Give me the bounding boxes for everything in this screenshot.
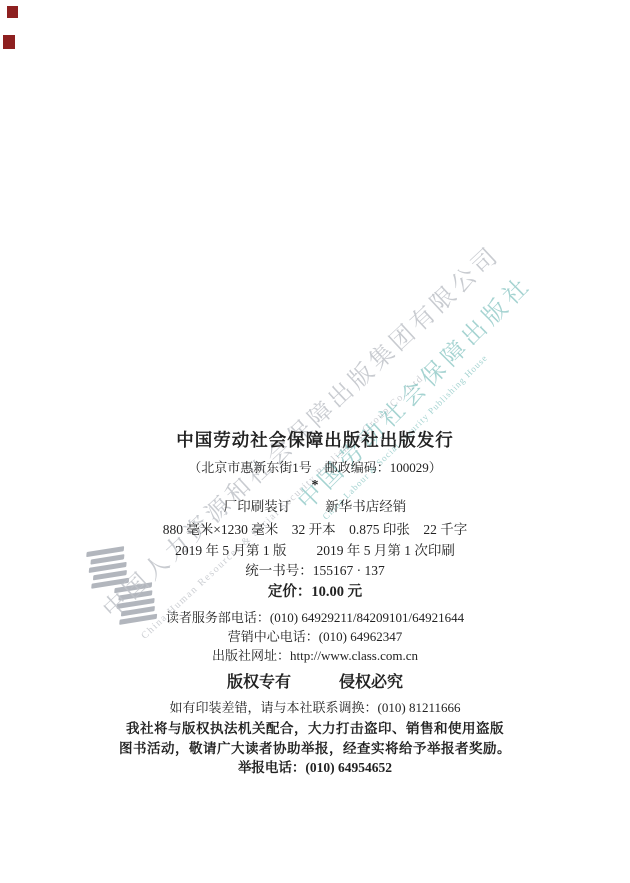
publisher-line: 中国劳动社会保障出版社出版发行 <box>0 432 630 450</box>
printing-text: 2019 年 5 月第 1 次印刷 <box>317 543 455 558</box>
printer-binding-text: 厂印刷装订 <box>224 499 292 514</box>
copyright-notice: 版权专有侵权必究 <box>0 675 630 691</box>
price-line: 定价：10.00 元 <box>0 585 630 600</box>
edition-text: 2019 年 5 月第 1 版 <box>175 543 286 558</box>
website-line: 出版社网址：http://www.class.com.cn <box>0 649 630 662</box>
infringement-text: 侵权必究 <box>339 674 403 691</box>
copyright-page: 中国人力资源和社会保障出版集团有限公司 China Human Resource… <box>0 0 630 883</box>
copyright-reserved-text: 版权专有 <box>227 674 291 691</box>
separator-mark: * <box>0 479 630 493</box>
printer-line: 厂印刷装订新华书店经销 <box>0 500 630 514</box>
anti-piracy-line-1: 我社将与版权执法机关配合，大力打击盗印、销售和使用盗版 <box>0 722 630 736</box>
corner-mark <box>3 35 15 49</box>
reader-service-phone-line: 读者服务部电话：(010) 64929211/84209101/64921644 <box>0 611 630 624</box>
corner-mark <box>7 6 18 18</box>
report-phone-line: 举报电话：(010) 64954652 <box>0 761 630 775</box>
book-number-line: 统一书号：155167 · 137 <box>0 564 630 578</box>
anti-piracy-line-2: 图书活动，敬请广大读者协助举报，经查实将给予举报者奖励。 <box>0 742 630 756</box>
address-line: （北京市惠新东街1号 邮政编码：100029） <box>0 461 630 474</box>
format-line: 880 毫米×1230 毫米 32 开本 0.875 印张 22 千字 <box>0 523 630 537</box>
marketing-phone-line: 营销中心电话：(010) 64962347 <box>0 630 630 643</box>
colophon-block: 中国劳动社会保障出版社出版发行 （北京市惠新东街1号 邮政编码：100029） … <box>0 432 630 775</box>
edition-line: 2019 年 5 月第 1 版2019 年 5 月第 1 次印刷 <box>0 544 630 558</box>
exchange-line: 如有印装差错，请与本社联系调换：(010) 81211666 <box>0 701 630 714</box>
distributor-text: 新华书店经销 <box>325 499 406 514</box>
